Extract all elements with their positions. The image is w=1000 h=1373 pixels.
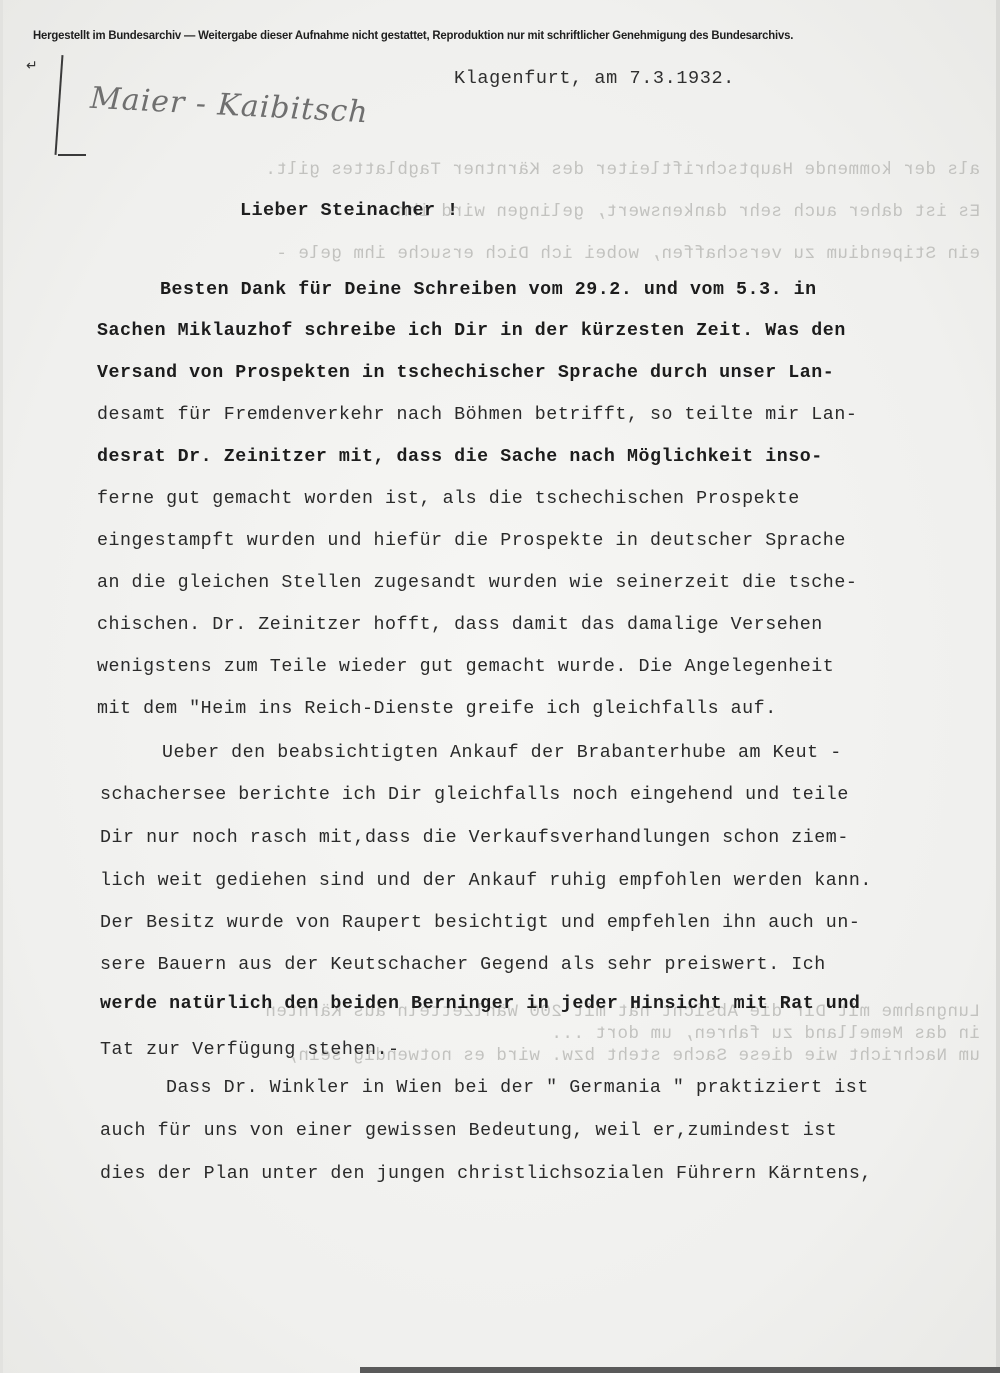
bleed-through-line: ein Stipendium zu verschaffen, wobei ich… (20, 244, 980, 264)
body-line: Sachen Miklauzhof schreibe ich Dir in de… (97, 321, 846, 341)
bleed-through-line: Es ist daher auch sehr dankenswert, geli… (20, 202, 980, 222)
body-line: chischen. Dr. Zeinitzer hofft, dass dami… (97, 615, 823, 635)
page-edge-right (996, 0, 1000, 1373)
body-line: desrat Dr. Zeinitzer mit, dass die Sache… (97, 447, 823, 467)
body-line: Dass Dr. Winkler in Wien bei der " Germa… (166, 1078, 869, 1098)
pencil-mark-icon: ↵ (26, 58, 38, 74)
body-line: wenigstens zum Teile wieder gut gemacht … (97, 657, 834, 677)
page-edge-left (0, 0, 3, 1373)
body-line: sere Bauern aus der Keutschacher Gegend … (100, 955, 826, 975)
body-line: dies der Plan unter den jungen christlic… (100, 1164, 872, 1184)
body-line: eingestampft wurden und hiefür die Prosp… (97, 531, 846, 551)
body-line: Dir nur noch rasch mit,dass die Verkaufs… (100, 828, 849, 848)
body-line: mit dem "Heim ins Reich-Dienste greife i… (97, 699, 777, 719)
body-line: lich weit gediehen sind und der Ankauf r… (100, 871, 872, 891)
bleed-through-line: als der kommende Hauptschriftleiter des … (20, 160, 980, 180)
archive-stamp: Hergestellt im Bundesarchiv — Weitergabe… (33, 28, 926, 42)
body-line: werde natürlich den beiden Berninger in … (100, 994, 860, 1014)
body-line: an die gleichen Stellen zugesandt wurden… (97, 573, 857, 593)
handwritten-note: Maier - Kaibitsch (89, 81, 369, 131)
body-line: Versand von Prospekten in tschechischer … (97, 363, 834, 383)
salutation: Lieber Steinacher ! (240, 200, 459, 221)
body-line: auch für uns von einer gewissen Bedeutun… (100, 1121, 837, 1141)
letter-page: Hergestellt im Bundesarchiv — Weitergabe… (0, 0, 1000, 1373)
body-line: Tat zur Verfügung stehen.- (100, 1040, 400, 1060)
body-line: ferne gut gemacht worden ist, als die ts… (97, 489, 800, 509)
dateline: Klagenfurt, am 7.3.1932. (454, 68, 735, 89)
handwritten-bracket (55, 55, 64, 155)
handwritten-bracket-foot (58, 154, 86, 156)
body-line: Ueber den beabsichtigten Ankauf der Brab… (162, 743, 842, 763)
body-line: schachersee berichte ich Dir gleichfalls… (100, 785, 849, 805)
body-line: Der Besitz wurde von Raupert besichtigt … (100, 913, 860, 933)
scan-border-bottom (360, 1367, 1000, 1373)
body-line: desamt für Fremdenverkehr nach Böhmen be… (97, 405, 857, 425)
body-line: Besten Dank für Deine Schreiben vom 29.2… (160, 280, 817, 300)
